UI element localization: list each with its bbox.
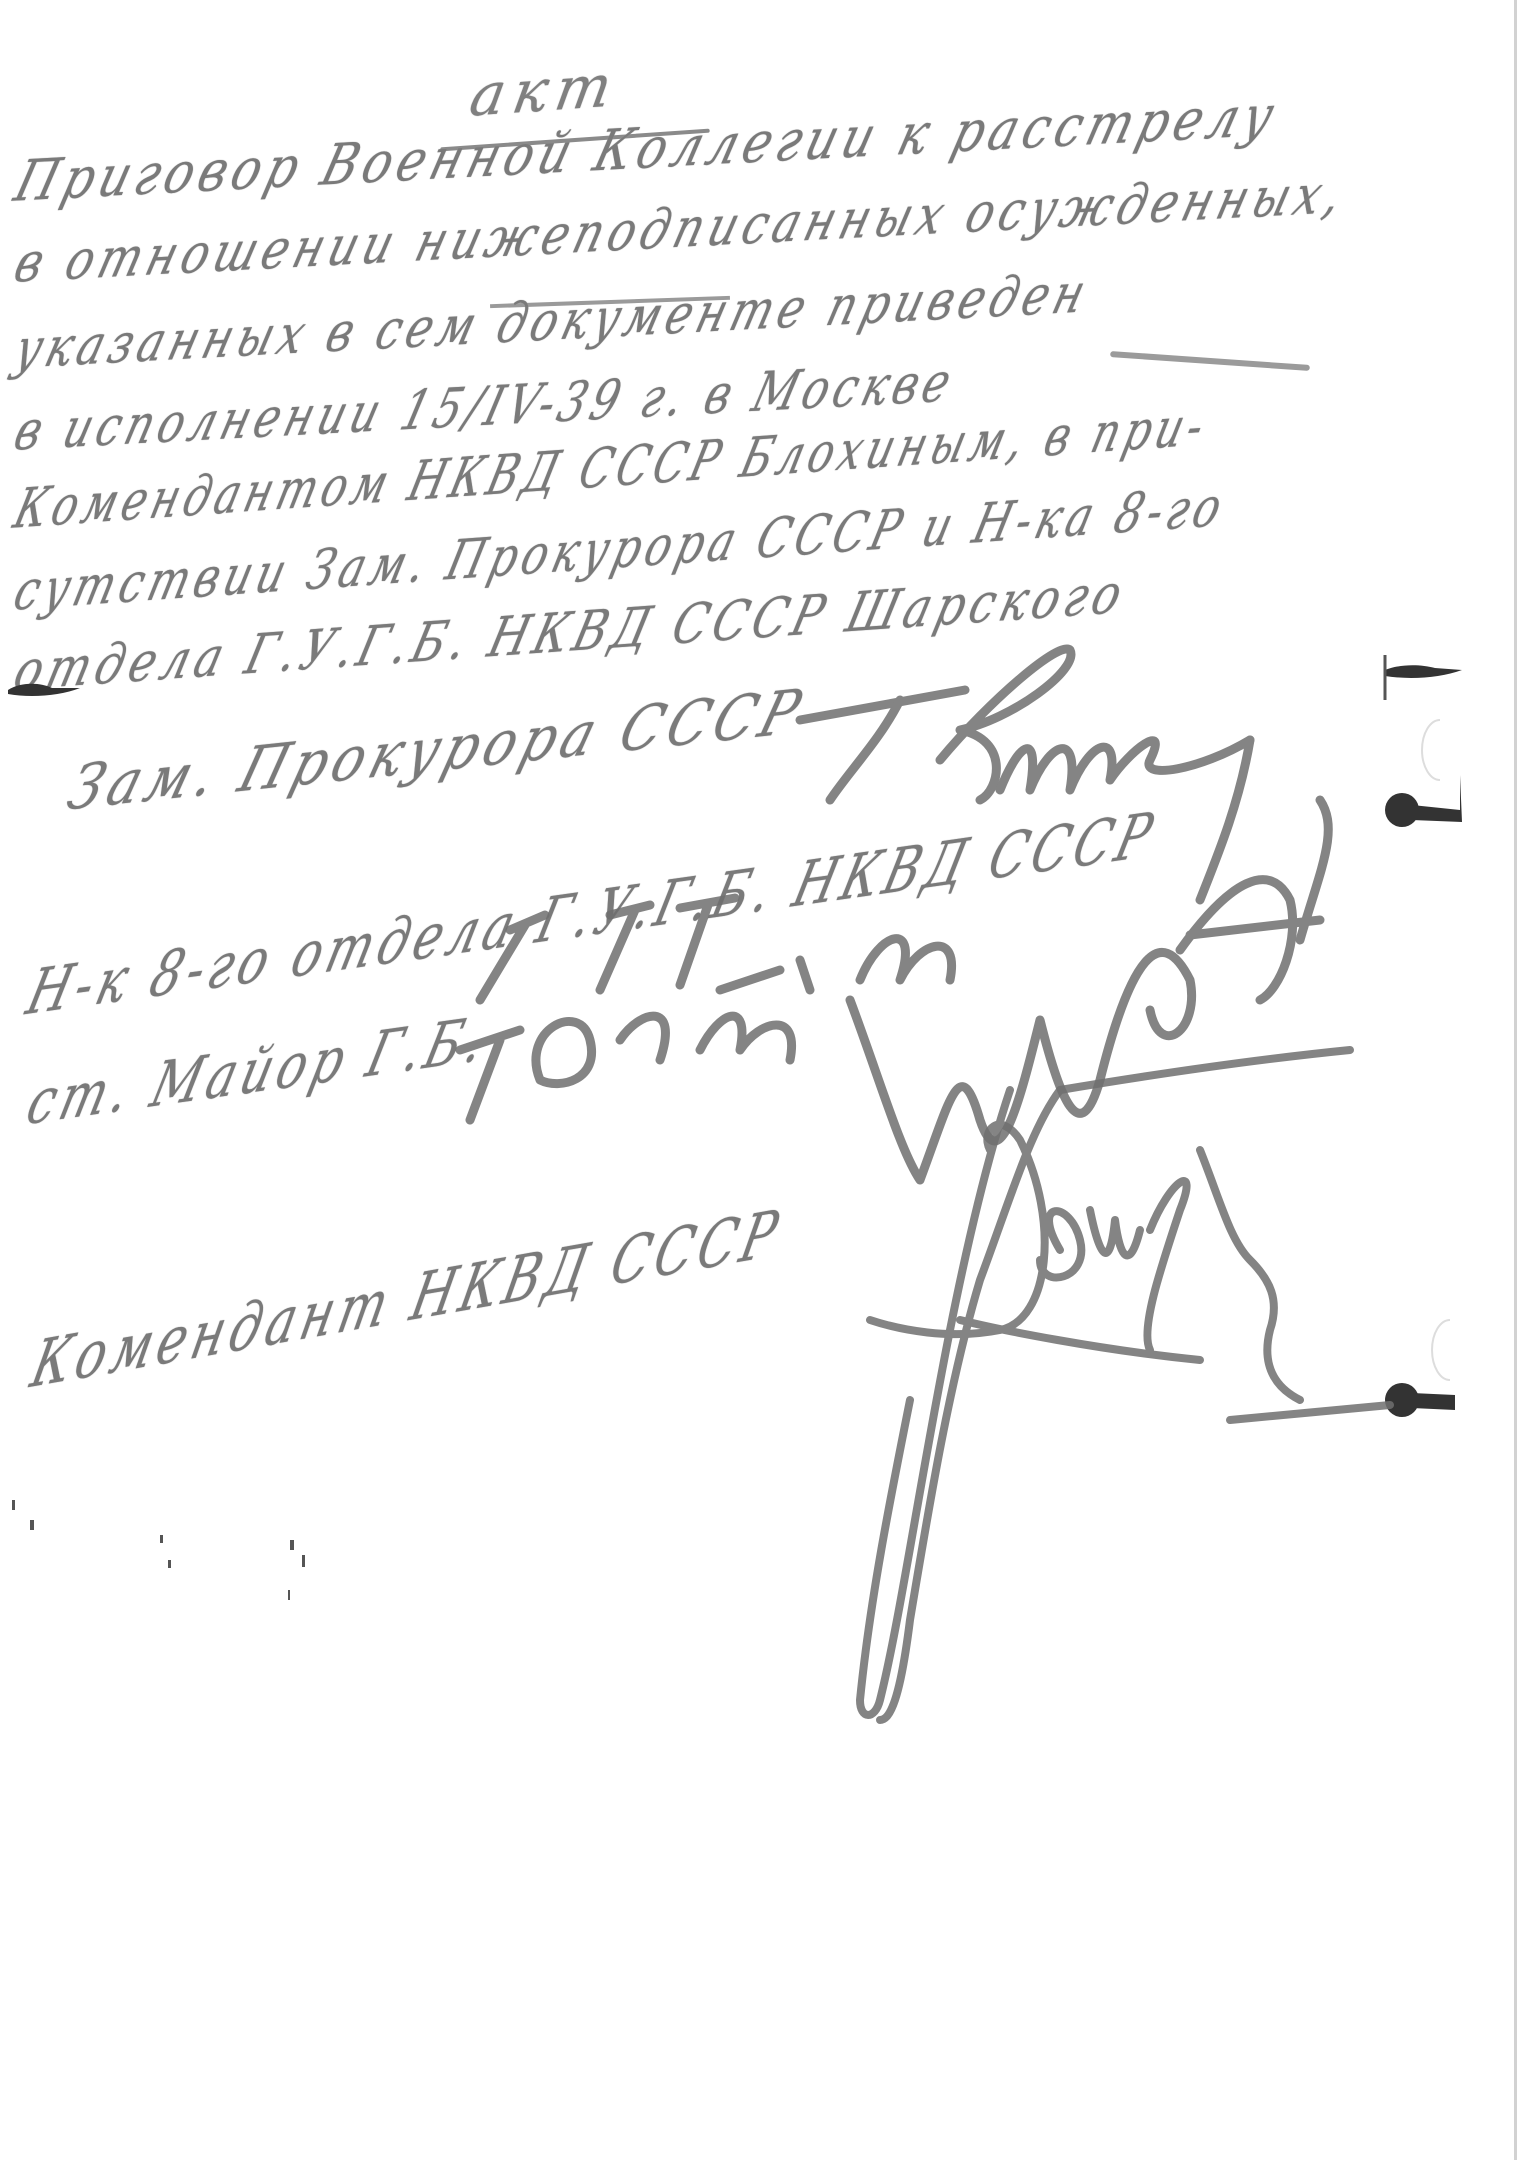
signature-3 [860,1050,1390,1720]
signature-1 [800,649,1250,900]
scan-specks [12,1500,305,1600]
scanned-document-page: акт Приговор Военной Коллегии к расстрел… [0,0,1527,2160]
signature-2 [460,800,1328,1180]
handwriting-overlay [0,0,1527,2160]
